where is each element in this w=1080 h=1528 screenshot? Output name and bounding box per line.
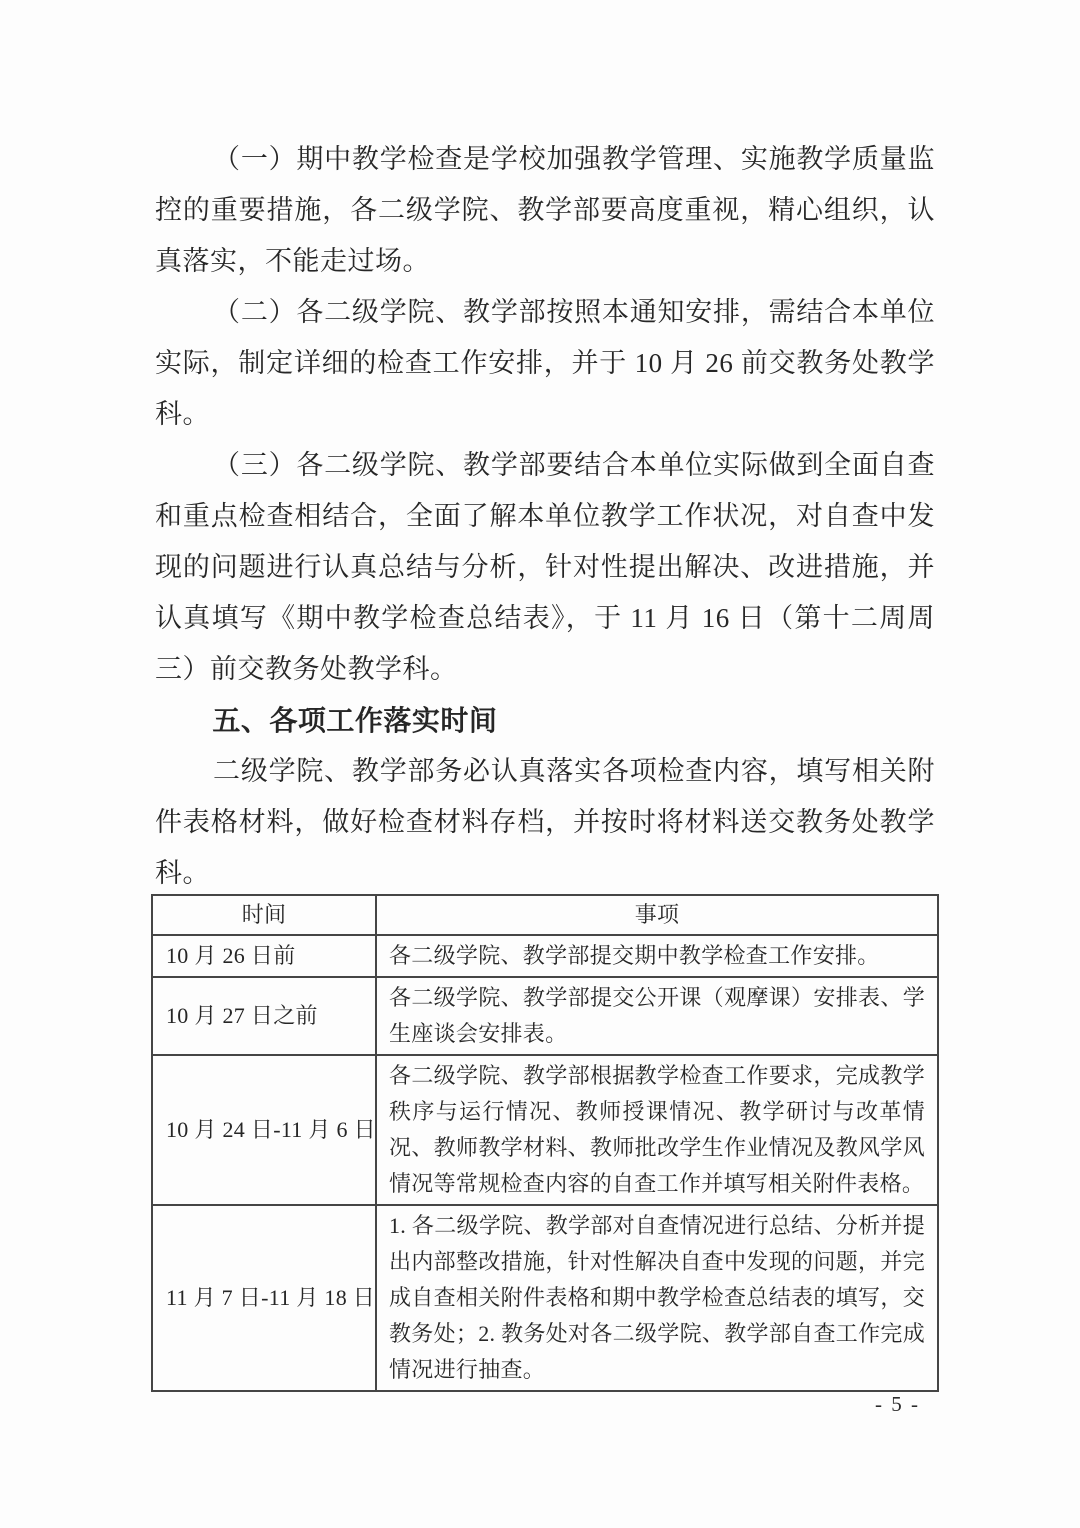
page-number: - 5 - bbox=[875, 1392, 920, 1417]
paragraph-item-1: （一）期中教学检查是学校加强教学管理、实施教学质量监控的重要措施，各二级学院、教… bbox=[155, 134, 935, 287]
table-row: 10 月 26 日前 各二级学院、教学部提交期中教学检查工作安排。 bbox=[152, 935, 938, 977]
table-header-item: 事项 bbox=[376, 895, 938, 935]
section5-heading: 五、各项工作落实时间 bbox=[155, 695, 935, 746]
table-cell-time: 11 月 7 日-11 月 18 日 bbox=[152, 1205, 376, 1391]
table-cell-item: 各二级学院、教学部提交公开课（观摩课）安排表、学生座谈会安排表。 bbox=[376, 977, 938, 1055]
table-row: 10 月 24 日-11 月 6 日 各二级学院、教学部根据教学检查工作要求，完… bbox=[152, 1055, 938, 1205]
table-cell-item: 1. 各二级学院、教学部对自查情况进行总结、分析并提出内部整改措施，针对性解决自… bbox=[376, 1205, 938, 1391]
table-cell-item: 各二级学院、教学部提交期中教学检查工作安排。 bbox=[376, 935, 938, 977]
table-cell-item: 各二级学院、教学部根据教学检查工作要求，完成教学秩序与运行情况、教师授课情况、教… bbox=[376, 1055, 938, 1205]
table-row: 11 月 7 日-11 月 18 日 1. 各二级学院、教学部对自查情况进行总结… bbox=[152, 1205, 938, 1391]
table-header-time: 时间 bbox=[152, 895, 376, 935]
table-header-row: 时间 事项 bbox=[152, 895, 938, 935]
paragraph-item-2: （二）各二级学院、教学部按照本通知安排，需结合本单位实际，制定详细的检查工作安排… bbox=[155, 287, 935, 440]
table-cell-time: 10 月 24 日-11 月 6 日 bbox=[152, 1055, 376, 1205]
table-cell-time: 10 月 26 日前 bbox=[152, 935, 376, 977]
paragraph-item-3: （三）各二级学院、教学部要结合本单位实际做到全面自查和重点检查相结合，全面了解本… bbox=[155, 440, 935, 695]
schedule-table: 时间 事项 10 月 26 日前 各二级学院、教学部提交期中教学检查工作安排。 … bbox=[151, 894, 939, 1392]
document-page: （一）期中教学检查是学校加强教学管理、实施教学质量监控的重要措施，各二级学院、教… bbox=[0, 0, 1080, 1528]
section5-intro: 二级学院、教学部务必认真落实各项检查内容，填写相关附件表格材料，做好检查材料存档… bbox=[155, 746, 935, 899]
table-row: 10 月 27 日之前 各二级学院、教学部提交公开课（观摩课）安排表、学生座谈会… bbox=[152, 977, 938, 1055]
table-cell-time: 10 月 27 日之前 bbox=[152, 977, 376, 1055]
